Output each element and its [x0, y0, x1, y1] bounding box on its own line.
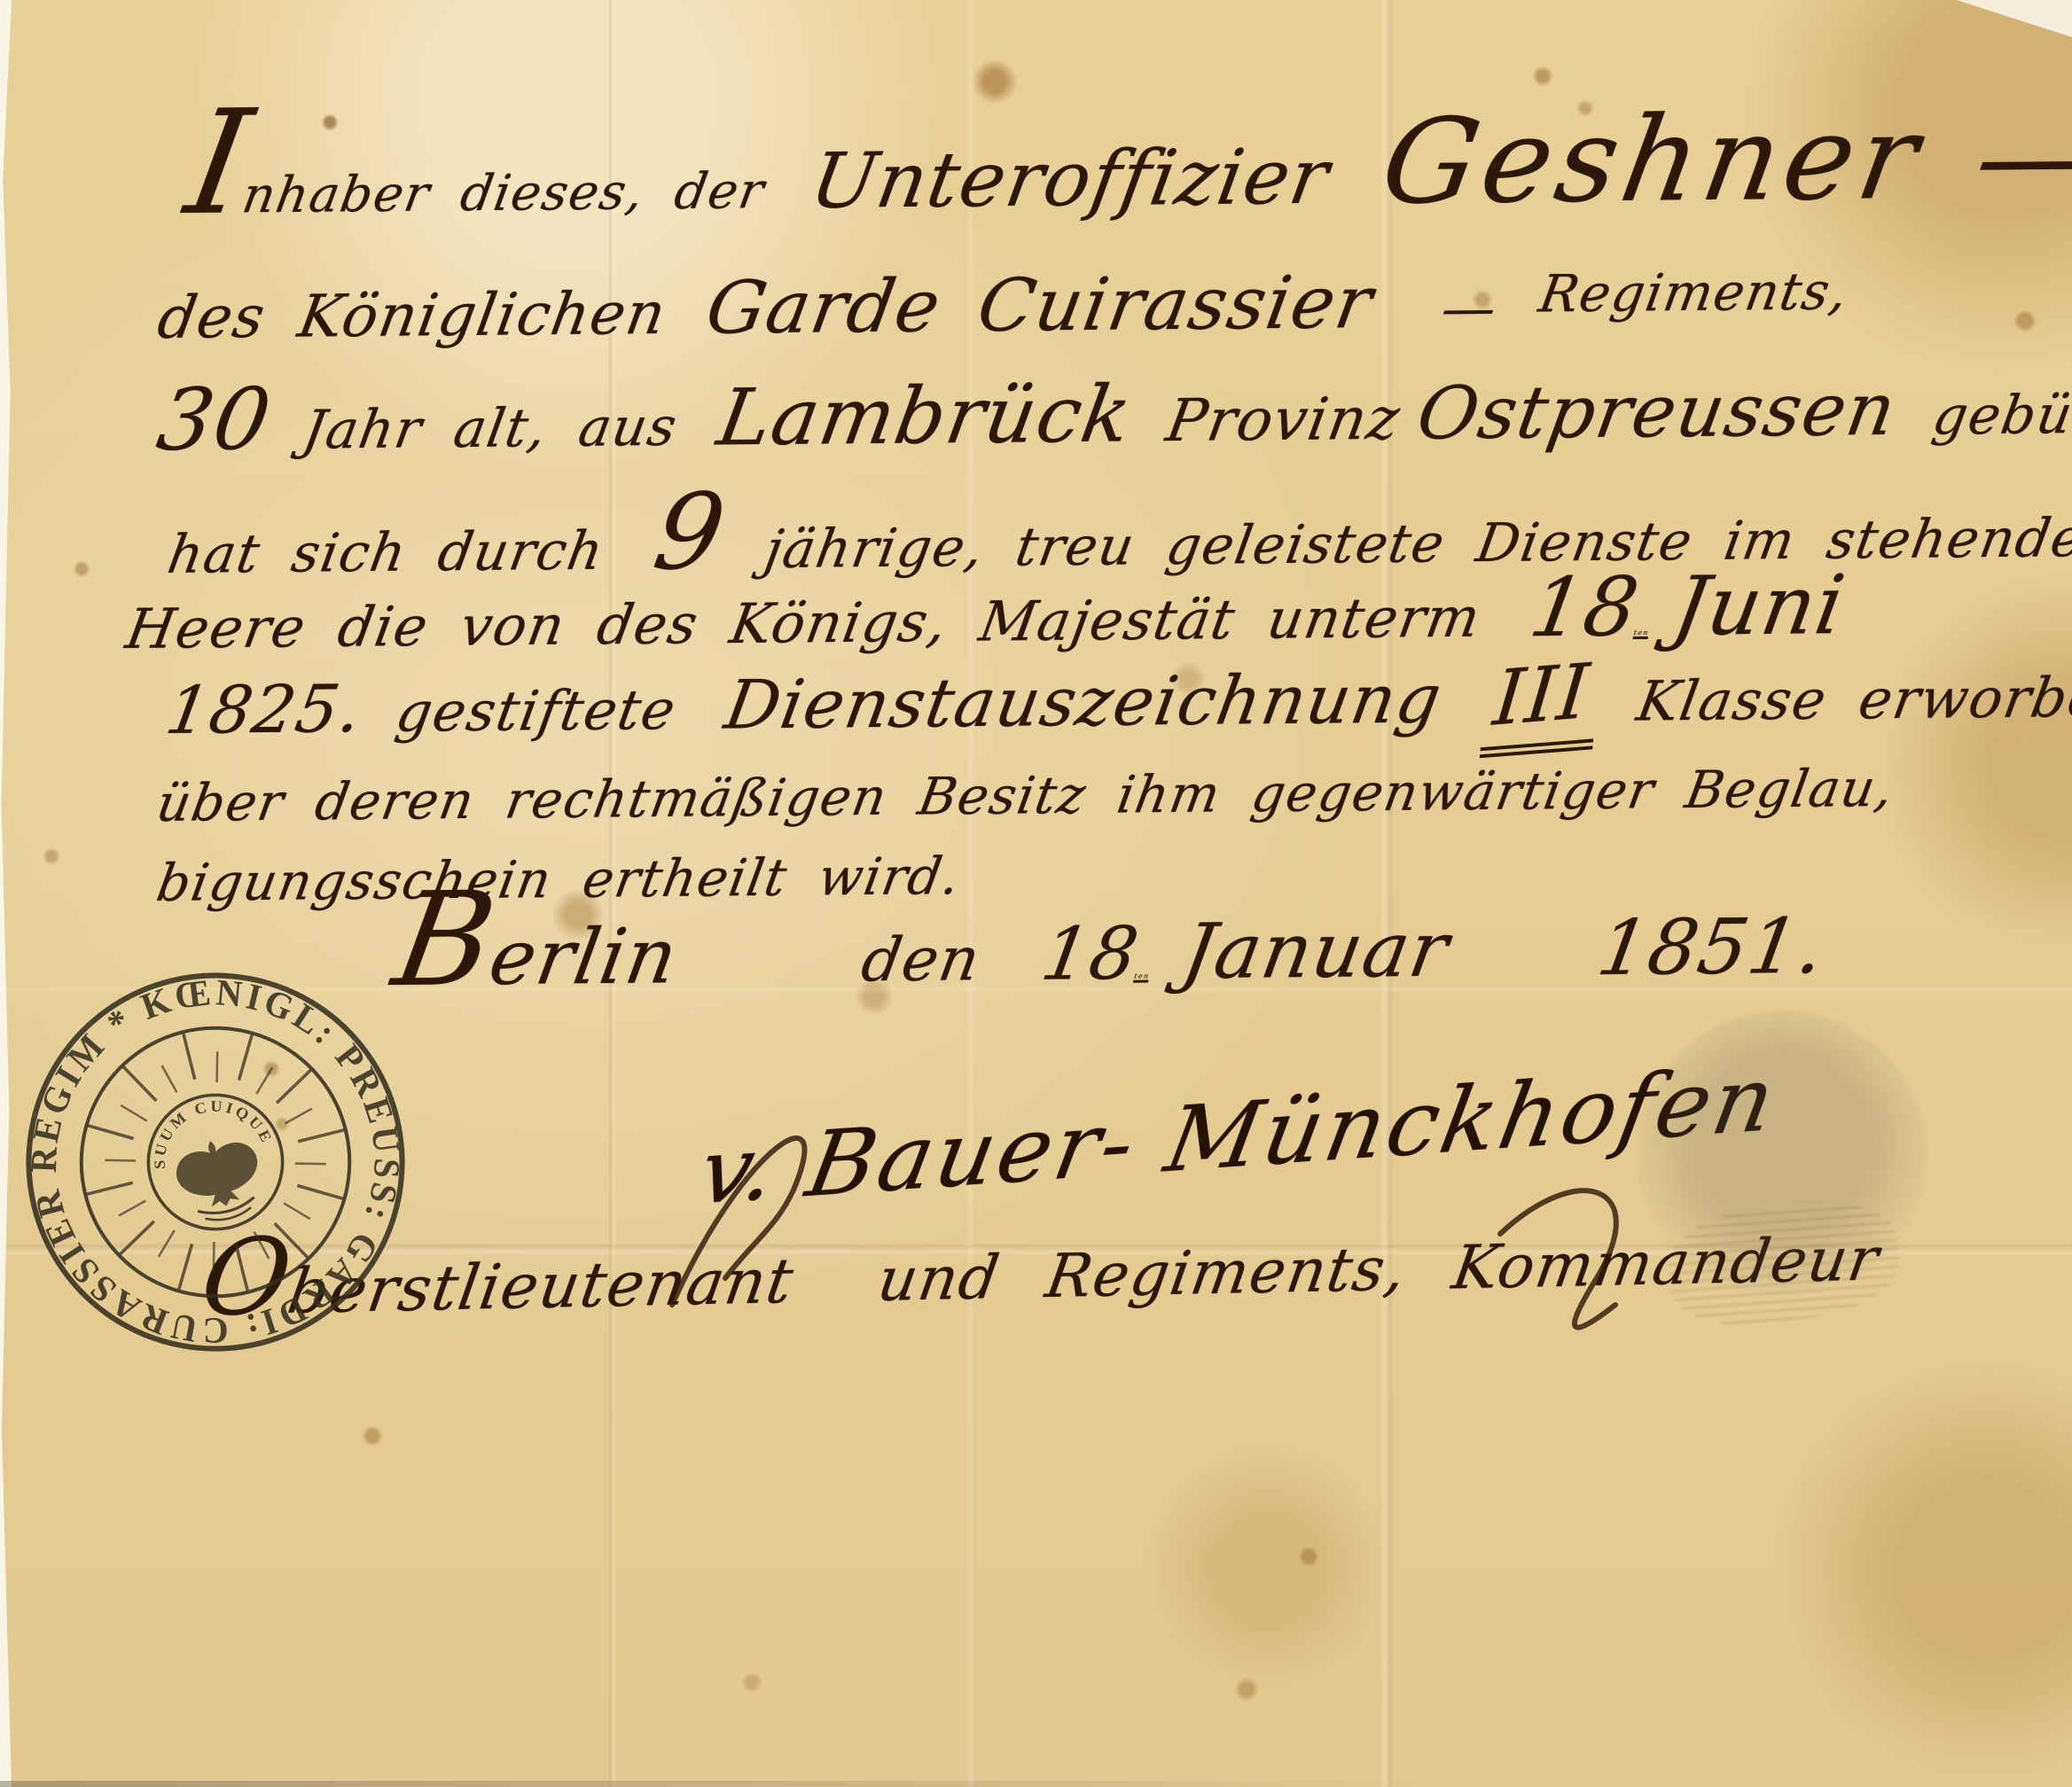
- bearer-line: Inhaber dieses, der Unteroffizier Geshne…: [177, 88, 2072, 241]
- award-name: Dienstauszeichnung: [720, 659, 1448, 744]
- possession-line-2: bigungsschein ertheilt wird.: [152, 846, 966, 913]
- award-line: 1825. gestiftete Dienstauszeichnung III …: [158, 645, 2072, 766]
- age-place-line: 30 Jahr alt, aus Lambrück Provinz Ostpre…: [151, 353, 2072, 470]
- award-tail: Klasse erworben,: [1632, 664, 2072, 733]
- date-prefix: den: [856, 925, 986, 995]
- award-class-numeral: III: [1479, 647, 1602, 759]
- date-year: 1851.: [1591, 902, 1832, 993]
- age-text: Jahr alt, aus: [299, 396, 683, 462]
- date-day-suffix: ten: [1133, 973, 1150, 983]
- foundation-year: 1825.: [160, 671, 368, 749]
- award-mid: gestiftete: [391, 677, 681, 745]
- foundation-day: 18: [1523, 559, 1646, 655]
- seal-artwork: REGIM * KŒNIGL: PREUSS: GARDI: CURASSIER…: [7, 954, 424, 1370]
- regiment-line: des Königlichen Garde Cuirassier — Regim…: [152, 256, 1854, 355]
- regiment-seal: REGIM * KŒNIGL: PREUSS: GARDI: CURASSIER…: [7, 954, 424, 1370]
- province-label: Provinz: [1161, 385, 1405, 455]
- birthplace: Lambrück: [712, 368, 1139, 463]
- scan-edge-left: [0, 0, 12, 1787]
- scan-edge-top-right: [1957, 0, 2072, 37]
- possession-line-1: über deren rechtmäßigen Besitz ihm gegen…: [152, 758, 1898, 833]
- possession-text-1: über deren rechtmäßigen Besitz ihm gegen…: [152, 758, 1898, 833]
- scan-edge-bottom: [0, 1781, 1450, 1787]
- regiment-lead: des Königlichen: [153, 279, 672, 352]
- regiment-tail: Regiments,: [1535, 261, 1853, 324]
- king-text: Heere die von des Königs, Majestät unter…: [121, 585, 1486, 661]
- province-name: Ostpreussen: [1411, 368, 1903, 457]
- signoff-line: Oberstlieutenant und Regiments, Kommande…: [195, 1222, 1885, 1330]
- bearer-lead-text: Inhaber dieses, der: [180, 159, 770, 225]
- signature: v. Bauer- Münckhofen: [692, 1047, 1785, 1226]
- date-line: Berlin den 18 ten Januar 1851.: [387, 902, 1832, 1003]
- bearer-rank: Unteroffizier: [805, 133, 1336, 226]
- date-day: 18: [1036, 912, 1145, 997]
- foundation-month: Juni: [1667, 558, 1852, 654]
- document-page: Inhaber dieses, der Unteroffizier Geshne…: [0, 0, 2072, 1787]
- regiment-unit: Garde Cuirassier: [700, 261, 1380, 351]
- eagle-emblem: [170, 1131, 266, 1216]
- bearer-name: Geshner —: [1372, 88, 2072, 230]
- date-month: Januar: [1177, 906, 1456, 997]
- possession-text-2: bigungsschein ertheilt wird.: [152, 846, 966, 913]
- date-city: Berlin: [387, 912, 684, 1003]
- foundation-day-suffix: ten: [1633, 629, 1650, 639]
- age-value: 30: [151, 370, 278, 470]
- regiment-dash: —: [1437, 277, 1502, 340]
- born-text: gebürtig: [1928, 383, 2072, 447]
